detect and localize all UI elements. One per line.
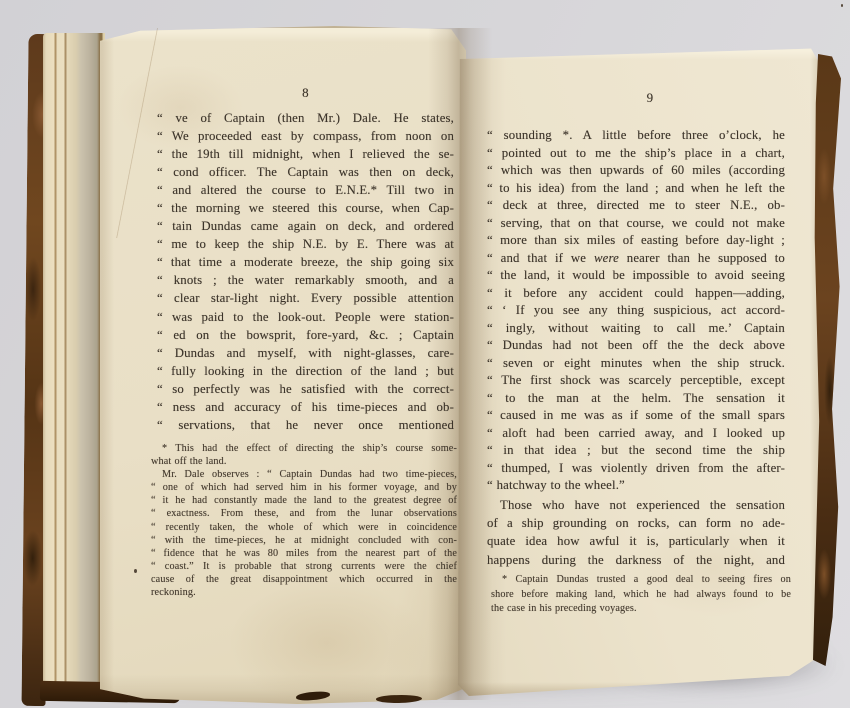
text-line: quate idea how awful it is, particularly… [487,532,785,550]
text-line: “ the morning we steered this course, wh… [157,199,454,217]
text-line: “ to the man at the helm. The sensation … [487,390,785,408]
text-line: “ hatchway to the wheel.” [487,477,785,495]
cover-notch [376,694,422,704]
text-line: “ serving, that on that course, we could… [487,215,785,233]
text-line: of a ship grounding on rocks, can form n… [487,514,785,532]
text-line: happens during the darkness of the night… [487,551,785,569]
text-line: “ sounding *. A little before three o’cl… [487,127,785,145]
text-line: “ that time a moderate breeze, the ship … [157,253,454,271]
text-line: * Captain Dundas trusted a good deal to … [491,573,791,588]
text-line: “ servations, that he never once mention… [157,416,454,434]
text-line: “ thumped, I was violently driven from t… [487,460,785,478]
text-line: “ We proceeded east by compass, from noo… [157,127,454,145]
text-line: “ ingly, without waiting to call me.’ Ca… [487,320,785,338]
text-line: “ seven or eight minutes when the ship s… [487,355,785,373]
text-line: “ in that idea ; but the second time the… [487,442,785,460]
text-line: reckoning. [151,586,457,599]
text-line: “ recently taken, the whole of which wer… [151,521,457,534]
text-line: “ Dundas had not been off the the deck a… [487,337,785,355]
text-line: “ clear star-light night. Every possible… [157,289,454,307]
text-line: * This had the effect of directing the s… [151,442,457,455]
text-line: “ ness and accuracy of his time-pieces a… [157,398,454,416]
text-line: “ ed on the bowsprit, fore-yard, &c. ; C… [157,326,454,344]
text-line: “ the land, it would be impossible to av… [487,267,785,285]
text-line: “ exactness. From these, and from the lu… [151,507,457,520]
text-line: “ so perfectly was he satisfied with the… [157,380,454,398]
text-line: what off the land. [151,455,457,468]
text-line: “ me to keep the ship N.E. by E. There w… [157,235,454,253]
text-line: “ was paid to the look-out. People were … [157,308,454,326]
text-line: “ coast.” It is probable that strong cur… [151,560,457,573]
left-page-footnote-block: * This had the effect of directing the s… [151,442,457,599]
page-stack-fore-edge [43,33,105,697]
right-page-number: 9 [500,90,800,106]
text-line: “ cond officer. The Captain was then on … [157,163,454,181]
book-photo: 8 “ ve of Captain (then Mr.) Dale. He st… [0,0,850,708]
text-line: “ with the time-pieces, he at midnight c… [151,534,457,547]
text-line: “ it he had constantly made the land to … [151,494,457,507]
paper-speck [134,569,137,573]
text-line: Those who have not experienced the sensa… [487,496,785,514]
text-line: “ aloft had been carried away, and I loo… [487,425,785,443]
text-line: Mr. Dale observes : “ Captain Dundas had… [151,468,457,481]
text-line: “ ‘ If you see any thing suspicious, act… [487,302,785,320]
text-line: “ knots ; the water remarkably smooth, a… [157,271,454,289]
text-line: “ and altered the course to E.N.E.* Till… [157,181,454,199]
text-line: “ which was then upwards of 60 miles (ac… [487,162,785,180]
left-page-text-block: “ ve of Captain (then Mr.) Dale. He stat… [157,109,454,434]
text-line: “ more than six miles of easting before … [487,232,785,250]
right-page-quote-block: “ sounding *. A little before three o’cl… [487,127,785,495]
text-line: the case in his preceding voyages. [491,602,791,617]
text-line: “ fidence that he was 80 miles from the … [151,547,457,560]
right-page-paragraph-block: Those who have not experienced the sensa… [487,496,785,569]
text-line: “ ve of Captain (then Mr.) Dale. He stat… [157,109,454,127]
text-line: “ to his idea) from the land ; and when … [487,180,785,198]
right-page-footnote-block: * Captain Dundas trusted a good deal to … [491,573,791,617]
text-line: “ deck at three, directed me to steer N.… [487,197,785,215]
left-page-number: 8 [157,85,454,101]
paper-speck [841,4,843,7]
text-line: “ and that if we were nearer than he sup… [487,250,785,268]
text-line: “ one of which had served him in his for… [151,481,457,494]
text-line: “ pointed out to me the ship’s place in … [487,145,785,163]
text-line: cause of the great disappointment which … [151,573,457,586]
text-line: “ it before any accident could happen—ad… [487,285,785,303]
text-line: “ the 19th till midnight, when I relieve… [157,145,454,163]
text-line: “ tain Dundas came again on deck, and or… [157,217,454,235]
text-line: “ fully looking in the direction of the … [157,362,454,380]
text-line: “ Dundas and myself, with night-glasses,… [157,344,454,362]
text-line: shore before making land, which he had a… [491,588,791,603]
text-line: “ The first shock was scarcely perceptib… [487,372,785,390]
text-line: “ caused in me was as if some of the sma… [487,407,785,425]
